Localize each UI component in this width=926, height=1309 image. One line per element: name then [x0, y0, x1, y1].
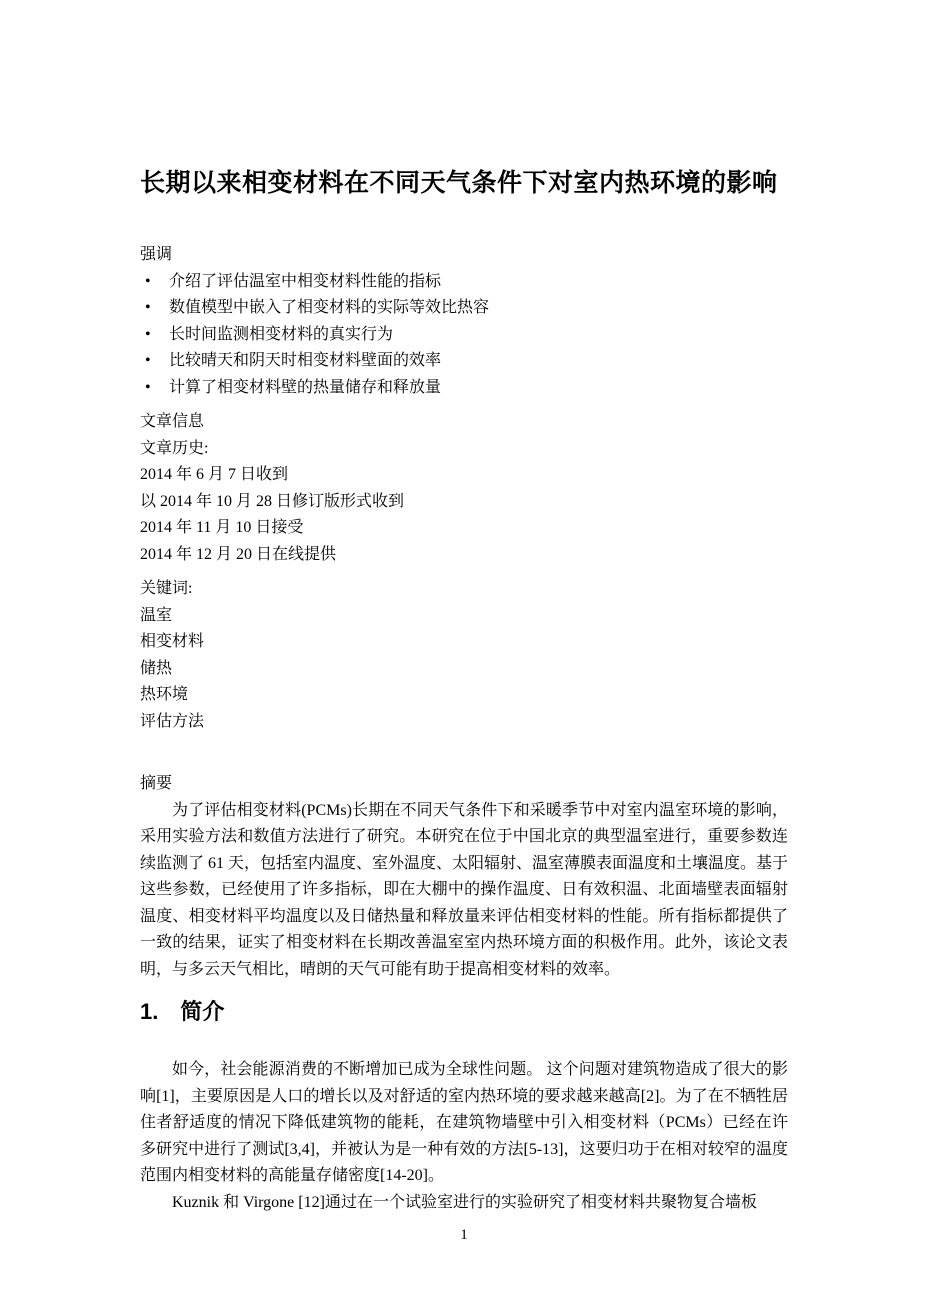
- keyword-item: 温室: [140, 603, 788, 630]
- article-info-label: 文章信息: [140, 409, 788, 436]
- abstract-label: 摘要: [140, 771, 788, 798]
- introduction-body: 如今，社会能源消费的不断增加已成为全球性问题。 这个问题对建筑物造成了很大的影响…: [140, 1057, 788, 1216]
- abstract-section: 摘要 为了评估相变材料(PCMs)长期在不同天气条件下和采暖季节中对室内温室环境…: [140, 771, 788, 983]
- highlight-item: 介绍了评估温室中相变材料性能的指标: [140, 269, 788, 296]
- article-history-received: 2014 年 6 月 7 日收到: [140, 462, 788, 489]
- keywords-label: 关键词:: [140, 576, 788, 603]
- introduction-paragraph: 如今，社会能源消费的不断增加已成为全球性问题。 这个问题对建筑物造成了很大的影响…: [140, 1057, 788, 1190]
- article-info-section: 文章信息 文章历史: 2014 年 6 月 7 日收到 以 2014 年 10 …: [140, 409, 788, 568]
- highlights-label: 强调: [140, 242, 788, 269]
- abstract-text: 为了评估相变材料(PCMs)长期在不同天气条件下和采暖季节中对室内温室环境的影响…: [140, 798, 788, 984]
- keyword-item: 热环境: [140, 682, 788, 709]
- article-history-label: 文章历史:: [140, 436, 788, 463]
- keyword-item: 相变材料: [140, 629, 788, 656]
- highlights-list: 介绍了评估温室中相变材料性能的指标 数值模型中嵌入了相变材料的实际等效比热容 长…: [140, 269, 788, 402]
- highlight-item: 长时间监测相变材料的真实行为: [140, 322, 788, 349]
- article-history-revised: 以 2014 年 10 月 28 日修订版形式收到: [140, 489, 788, 516]
- page-number: 1: [140, 1222, 788, 1249]
- keyword-item: 储热: [140, 656, 788, 683]
- article-history-online: 2014 年 12 月 20 日在线提供: [140, 542, 788, 569]
- introduction-paragraph: Kuznik 和 Virgone [12]通过在一个试验室进行的实验研究了相变材…: [140, 1190, 788, 1217]
- article-history-accepted: 2014 年 11 月 10 日接受: [140, 515, 788, 542]
- highlight-item: 计算了相变材料壁的热量储存和释放量: [140, 375, 788, 402]
- highlight-item: 数值模型中嵌入了相变材料的实际等效比热容: [140, 295, 788, 322]
- document-title: 长期以来相变材料在不同天气条件下对室内热环境的影响: [140, 168, 788, 198]
- introduction-heading: 1. 简介: [140, 997, 788, 1027]
- section-title: 简介: [180, 997, 224, 1027]
- highlight-item: 比较晴天和阴天时相变材料壁面的效率: [140, 348, 788, 375]
- keyword-item: 评估方法: [140, 709, 788, 736]
- document-page: 长期以来相变材料在不同天气条件下对室内热环境的影响 强调 介绍了评估温室中相变材…: [0, 0, 926, 1309]
- keywords-section: 关键词: 温室 相变材料 储热 热环境 评估方法: [140, 576, 788, 735]
- section-number: 1.: [140, 997, 158, 1027]
